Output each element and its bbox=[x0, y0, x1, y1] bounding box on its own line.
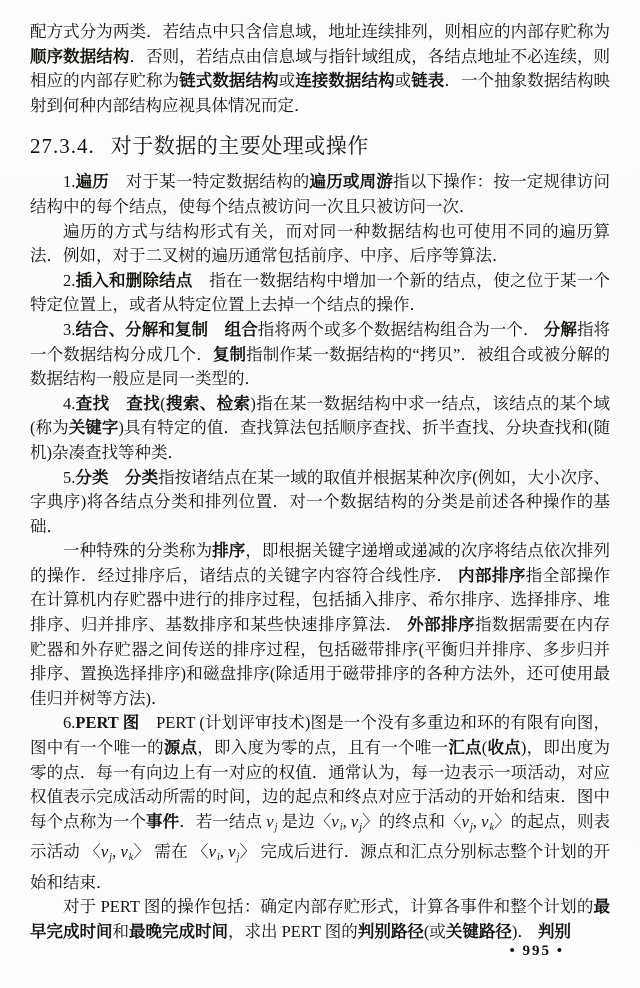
scanned-book-page: 配方式分为两类．若结点中只含信息域，地址连续排列，则相应的内部存贮称为顺序数据结… bbox=[0, 0, 640, 988]
paragraph-combine-split-copy: 3.结合、分解和复制 组合指将两个或多个数据结构组合为一个． 分解指将一个数据结… bbox=[30, 318, 610, 392]
paragraph-pert-graph: 6.PERT 图 PERT (计划评审技术)图是一个没有多重边和环的有限有向图，… bbox=[30, 711, 610, 895]
paragraph-insert-delete: 2.插入和删除结点 指在一数据结构中增加一个新的结点，使之位于某一个特定位置上，… bbox=[30, 269, 610, 318]
page-body: 1.遍历 对于某一特定数据结构的遍历或周游指以下操作：按一定规律访问结构中的每个… bbox=[30, 170, 610, 944]
paragraph-traversal: 1.遍历 对于某一特定数据结构的遍历或周游指以下操作：按一定规律访问结构中的每个… bbox=[30, 170, 610, 219]
paragraph-pert-operations: 对于 PERT 图的操作包括：确定内部存贮形式，计算各事件和整个计划的最早完成时… bbox=[30, 895, 610, 944]
page-number: • 995 • bbox=[509, 943, 564, 960]
paragraph-classification: 5.分类 分类指按诸结点在某一域的取值并根据某种次序(例如，大小次序、字典序)将… bbox=[30, 466, 610, 540]
paragraph-storage-allocation-intro: 配方式分为两类．若结点中只含信息域，地址连续排列，则相应的内部存贮称为顺序数据结… bbox=[30, 20, 610, 118]
section-heading: 27.3.4.对于数据的主要处理或操作 bbox=[30, 132, 610, 160]
paragraph-traversal-methods: 遍历的方式与结构形式有关，而对同一种数据结构也可使用不同的遍历算法．例如，对于二… bbox=[30, 220, 610, 269]
section-number: 27.3.4. bbox=[30, 134, 95, 158]
paragraph-sorting: 一种特殊的分类称为排序，即根据关键字递增或递减的次序将结点依次排列的操作．经过排… bbox=[30, 539, 610, 711]
section-title: 对于数据的主要处理或操作 bbox=[111, 134, 369, 158]
paragraph-search: 4.查找 查找(搜索、检索)指在某一数据结构中求一结点，该结点的某个域(称为关键… bbox=[30, 392, 610, 466]
